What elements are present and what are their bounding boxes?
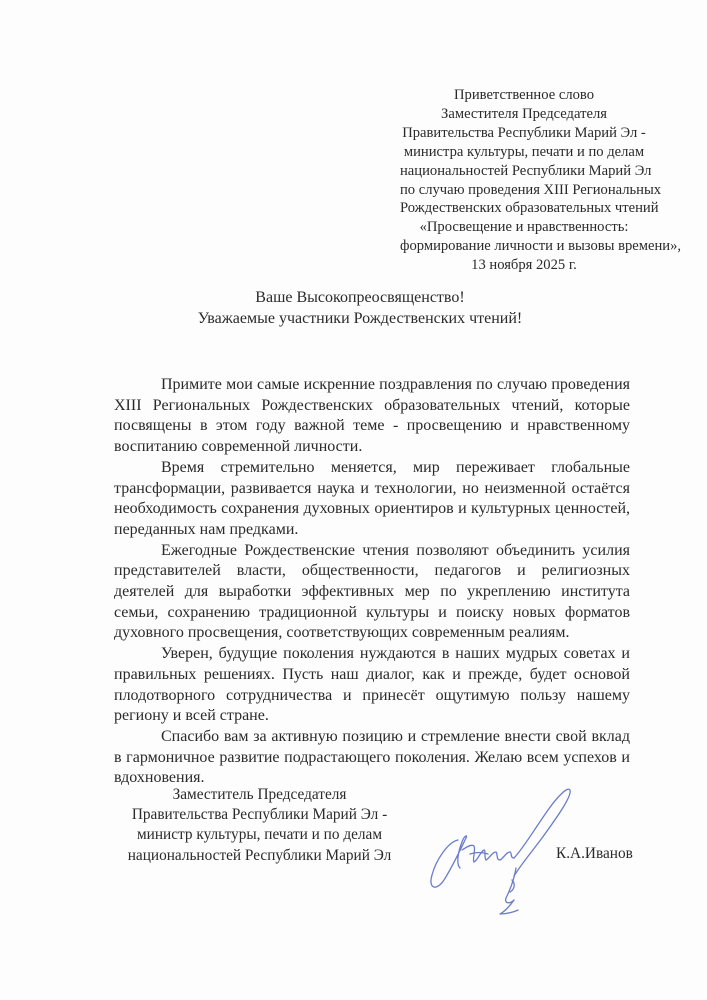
position-line: Правительства Республики Марий Эл - <box>112 805 407 825</box>
body-paragraph: Уверен, будущие поколения нуждаются в на… <box>114 644 630 727</box>
salutation: Ваше Высокопреосвященство! Уважаемые уча… <box>150 287 570 329</box>
position-line: министр культуры, печати и по делам <box>112 825 407 845</box>
letter-page: Приветственное слово Заместителя Председ… <box>0 0 707 1000</box>
position-line: национальностей Республики Марий Эл <box>112 846 407 866</box>
header-line: Правительства Республики Марий Эл - <box>400 124 648 143</box>
header-line: по случаю проведения XIII Региональных <box>400 181 648 200</box>
body-paragraph: Ежегодные Рождественские чтения позволяю… <box>114 541 630 645</box>
salutation-line: Ваше Высокопреосвященство! <box>150 287 570 308</box>
position-line: Заместитель Председателя <box>112 785 407 805</box>
body-paragraph: Примите мои самые искренние поздравления… <box>114 375 630 458</box>
header-line: Приветственное слово <box>400 86 648 105</box>
signatory-name: К.А.Иванов <box>556 844 633 864</box>
handwritten-signature-icon <box>418 780 578 920</box>
header-line: национальностей Республики Марий Эл <box>400 162 648 181</box>
header-line: министра культуры, печати и по делам <box>400 143 648 162</box>
body-paragraph: Время стремительно меняется, мир пережив… <box>114 458 630 541</box>
signatory-position: Заместитель Председателя Правительства Р… <box>112 785 407 866</box>
document-header: Приветственное слово Заместителя Председ… <box>400 86 648 275</box>
salutation-line: Уважаемые участники Рождественских чтени… <box>150 308 570 329</box>
header-line: формирование личности и вызовы времени», <box>400 237 648 256</box>
header-date: 13 ноября 2025 г. <box>400 256 648 275</box>
header-line: Рождественских образовательных чтений <box>400 199 648 218</box>
letter-body: Примите мои самые искренние поздравления… <box>114 375 630 789</box>
header-line: Заместителя Председателя <box>400 105 648 124</box>
header-line: «Просвещение и нравственность: <box>400 218 648 237</box>
